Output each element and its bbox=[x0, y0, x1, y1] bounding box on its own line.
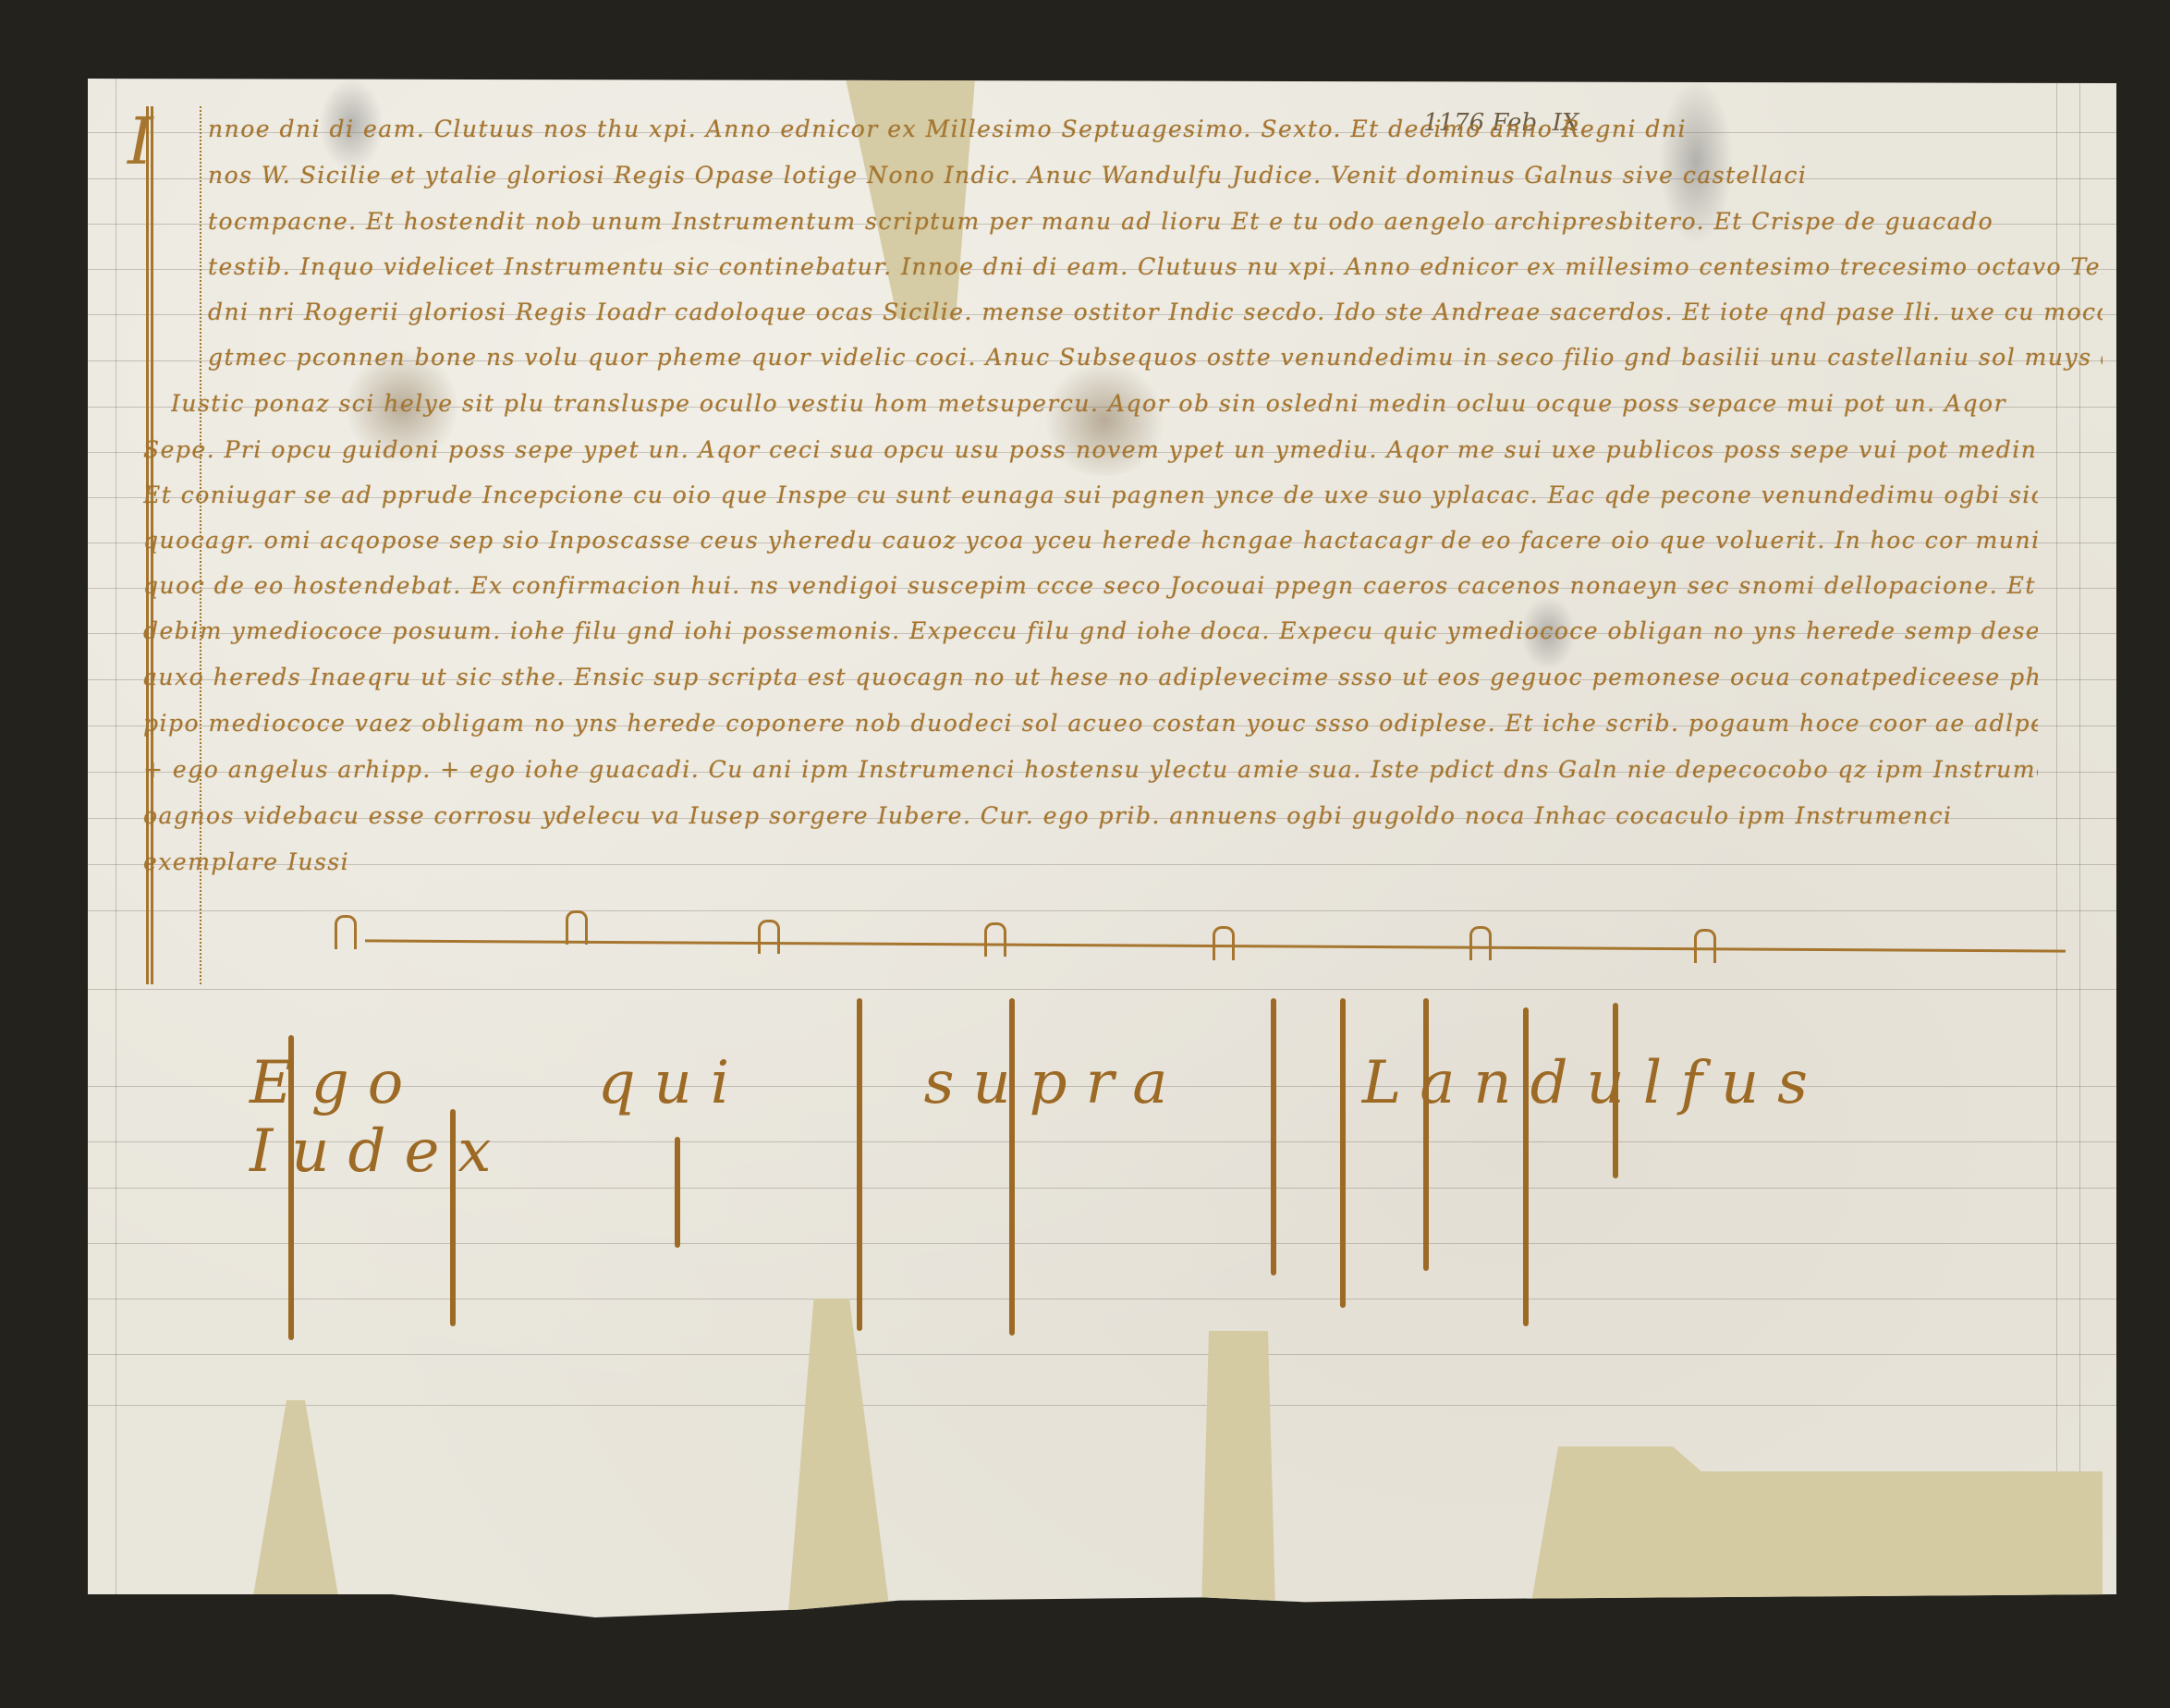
signature-stroke bbox=[288, 1035, 294, 1340]
repair-patch bbox=[788, 1299, 890, 1613]
signature-stroke bbox=[1423, 998, 1429, 1271]
monogram bbox=[984, 922, 1006, 957]
text-line: nos W. Sicilie et ytalie gloriosi Regis … bbox=[208, 162, 2103, 189]
text-line: debim ymediococe posuum. iohe filu gnd i… bbox=[143, 617, 2038, 644]
ruling-line bbox=[88, 910, 2116, 911]
text-line: auxo hereds Inaeqru ut sic sthe. Ensic s… bbox=[143, 664, 2038, 690]
signature-stroke bbox=[675, 1137, 680, 1248]
judge-signature: Ego qui supra Landulfus Iudex bbox=[250, 1049, 2170, 1186]
text-line: dni nri Rogerii gloriosi Regis Ioadr cad… bbox=[208, 299, 2103, 325]
signature-stroke bbox=[1340, 998, 1346, 1308]
signature-stroke bbox=[1271, 998, 1276, 1275]
monogram bbox=[566, 910, 588, 945]
ruling-line bbox=[88, 1188, 2116, 1189]
monogram bbox=[1469, 926, 1492, 960]
signature-stroke bbox=[1613, 1003, 1618, 1178]
text-line: oagnos videbacu esse corrosu ydelecu va … bbox=[143, 802, 2038, 829]
monogram bbox=[335, 915, 357, 949]
text-line: testib. Inquo videlicet Instrumentu sic … bbox=[208, 253, 2103, 280]
signature-stroke bbox=[1523, 1007, 1529, 1326]
repair-patch bbox=[1201, 1331, 1275, 1608]
text-line: quocagr. omi acqopose sep sio Inposcasse… bbox=[143, 527, 2038, 554]
text-line: tocmpacne. Et hostendit nob unum Instrum… bbox=[208, 208, 2103, 235]
signature-stroke bbox=[1009, 998, 1015, 1336]
repair-patch bbox=[846, 79, 975, 319]
ruling-line bbox=[88, 989, 2116, 990]
ruling-line bbox=[88, 1405, 2116, 1406]
text-line: exemplare Iussi bbox=[143, 848, 2038, 875]
repair-patch bbox=[250, 1400, 342, 1617]
text-line: Iustic ponaz sci helye sit plu translusp… bbox=[171, 390, 2066, 417]
text-line: quoc de eo hostendebat. Ex confirmacion … bbox=[143, 572, 2038, 599]
text-line: nnoe dni di eam. Clutuus nos thu xpi. An… bbox=[208, 116, 2103, 142]
text-line: Et coniugar se ad pprude Incepcione cu o… bbox=[143, 482, 2038, 508]
monogram bbox=[1694, 929, 1716, 963]
monogram bbox=[758, 920, 780, 954]
decorated-initial: I bbox=[128, 104, 153, 179]
text-line: + ego angelus arhipp. + ego iohe guacadi… bbox=[143, 756, 2038, 783]
signature-stroke bbox=[450, 1109, 456, 1326]
text-line: Sepe. Pri opcu guidoni poss sepe ypet un… bbox=[143, 436, 2038, 463]
ruling-margin bbox=[116, 79, 116, 1617]
repair-patch bbox=[1530, 1446, 2103, 1613]
text-line: pipo mediococe vaez obligam no yns hered… bbox=[143, 710, 2038, 737]
ruling-line bbox=[88, 1243, 2116, 1244]
text-line: gtmec pconnen bone ns volu quor pheme qu… bbox=[208, 344, 2103, 371]
ruling-line bbox=[88, 1299, 2116, 1299]
ruling-line bbox=[88, 1354, 2116, 1355]
monogram bbox=[1213, 926, 1235, 960]
signature-stroke bbox=[857, 998, 862, 1331]
